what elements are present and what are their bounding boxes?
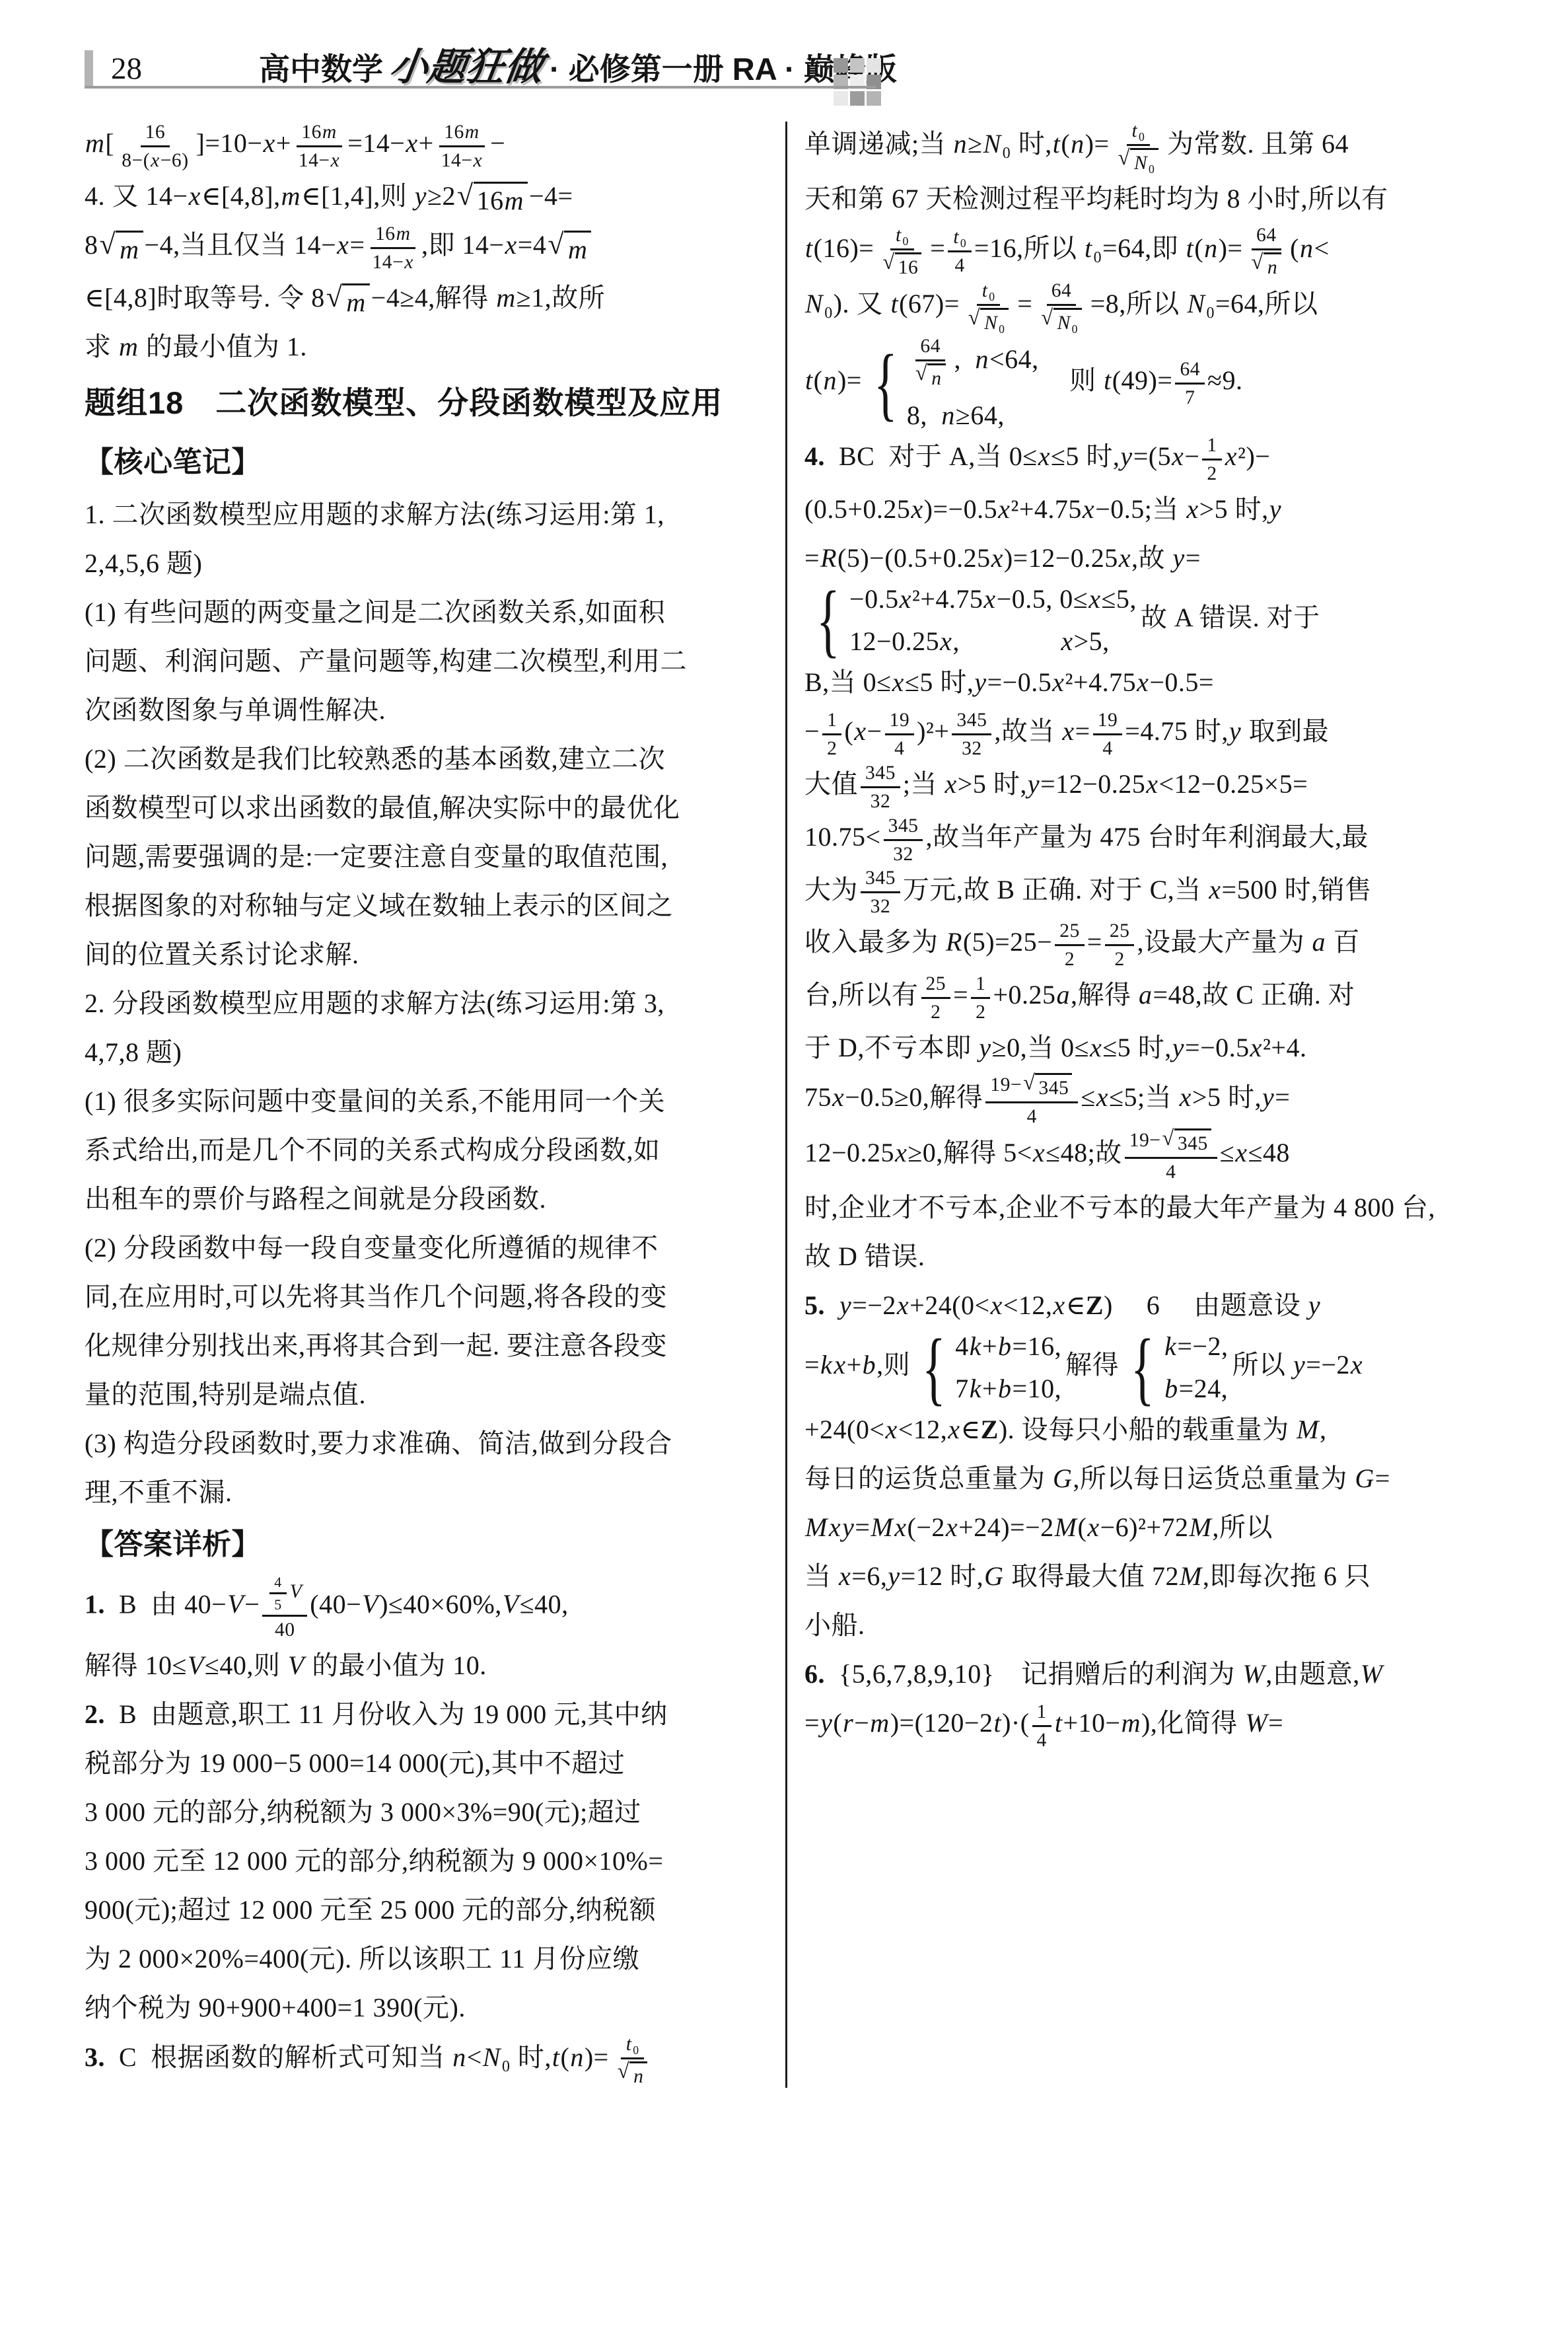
piecewise-row: −0.5x²+4.75x−0.5, 0≤x≤5, <box>849 583 1137 616</box>
radical-sign: √ <box>457 181 474 210</box>
text-line: 时,企业才不亏本,企业不亏本的最大年产量为 4 800 台, <box>804 1183 1515 1232</box>
numerator: 16 <box>141 120 170 147</box>
text-line: Mxy=Mx(−2x+24)=−2M(x−6)²+72M,所以 <box>804 1503 1515 1552</box>
piecewise-system: {64√n, n<64,8, n≥64, <box>866 334 1039 432</box>
text-line: (1) 很多实际问题中变量间的关系,不能用同一个关 <box>85 1077 767 1126</box>
text-line: (0.5+0.25x)=−0.5x²+4.75x−0.5;当 x>5 时,y <box>804 485 1515 534</box>
bold-text: 2. <box>85 1699 105 1729</box>
text-line: 单调递减;当 n≥N₀ 时,t(n)=t₀√N₀为常数. 且第 64 <box>804 119 1515 174</box>
text-line: 每日的运货总重量为 G,所以每日运货总重量为 G= <box>804 1454 1515 1503</box>
fraction: 252 <box>921 972 951 1023</box>
text-line: +24(0<x<12,x∈Z). 设每只小船的载重量为 M, <box>804 1405 1515 1454</box>
denominator: 32 <box>866 788 896 813</box>
piecewise-rows: k=−2,b=24, <box>1164 1330 1228 1405</box>
bold-text: 【核心笔记】 <box>85 446 261 478</box>
numerator: 1 <box>971 972 990 999</box>
denominator: 2 <box>1110 946 1129 971</box>
fraction: 45V40 <box>262 1572 307 1641</box>
bold-text: 4. <box>804 441 825 471</box>
numerator: 4 <box>269 1573 286 1594</box>
denominator: 2 <box>971 999 990 1023</box>
text-line: 理,不重不漏. <box>85 1468 767 1517</box>
fraction: 647 <box>1175 357 1205 409</box>
text-line: 次函数图象与单调性解决. <box>85 686 767 735</box>
radical: √16m <box>457 182 528 216</box>
denominator: √16 <box>876 250 927 279</box>
numerator: 16m <box>371 222 415 249</box>
denominator: 4 <box>1022 1103 1042 1128</box>
numerator: 25 <box>921 972 951 999</box>
text-line: t(n)={64√n, n<64,8, n≥64, 则 t(49)=647≈9. <box>804 334 1515 432</box>
bold-text: Z <box>1086 1290 1104 1320</box>
numerator: 45V <box>262 1572 307 1617</box>
text-line: (2) 二次函数是我们比较熟悉的基本函数,建立二次 <box>85 735 767 784</box>
numerator: 19−√345 <box>1125 1128 1217 1159</box>
decor-square <box>834 91 848 106</box>
radical: √n <box>915 363 946 390</box>
left-brace: { <box>816 585 840 655</box>
fraction: 45 <box>269 1573 286 1613</box>
text-line: 10.75<34532,故当年产量为 475 台时年利润最大,最 <box>804 813 1515 866</box>
text-line: 纳个税为 90+900+400=1 390(元). <box>85 1983 767 2032</box>
fraction: t₀√N₀ <box>962 279 1015 334</box>
radical: √n <box>1251 252 1281 279</box>
numerator: 345 <box>861 866 900 893</box>
text-line: B,当 0≤x≤5 时,y=−0.5x²+4.75x−0.5= <box>804 658 1515 707</box>
piecewise-row: 8, n≥64, <box>907 399 1039 432</box>
fraction: 34532 <box>952 708 991 760</box>
radical: √N₀ <box>1041 308 1081 334</box>
text-line: ∈[4,8]时取等号. 令 8√m−4≥4,解得 m≥1,故所 <box>85 274 767 322</box>
fraction: 64√N₀ <box>1035 279 1087 334</box>
text-line: 2,4,5,6 题) <box>85 539 767 588</box>
radical-sign: √ <box>100 230 116 259</box>
text-line: 于 D,不亏本即 y≥0,当 0≤x≤5 时,y=−0.5x²+4. <box>804 1023 1515 1072</box>
radicand: n <box>927 363 945 390</box>
denominator: 14−x <box>368 249 419 274</box>
piecewise-row: 4k+b=16, <box>955 1330 1061 1363</box>
fraction: 194 <box>885 708 915 760</box>
bold-text: 【答案详析】 <box>85 1528 261 1561</box>
book-title: 高中数学小题狂做· 必修第一册 RA · 巅峰版 <box>259 45 897 92</box>
radicand: 16 <box>895 252 922 279</box>
numerator: 64 <box>1252 223 1281 250</box>
text-line: (2) 分段函数中每一段自变量变化所遵循的规律不 <box>85 1224 767 1273</box>
numerator: 345 <box>952 708 991 735</box>
radical-sign: √ <box>618 2061 629 2083</box>
fraction: 252 <box>1105 919 1135 971</box>
bold-text: 1. <box>85 1589 105 1619</box>
text-line: =y(r−m)=(120−2t)·(14t+10−m),化简得 W= <box>804 1699 1515 1752</box>
denominator: 32 <box>866 893 896 918</box>
series-logo: 小题狂做 <box>386 45 546 90</box>
text-line: 6. {5,6,7,8,9,10} 记捐赠后的利润为 W,由题意,W <box>804 1650 1515 1699</box>
numerator: t₀ <box>977 279 1001 306</box>
numerator: 345 <box>884 814 923 841</box>
text-line: t(16)=t₀√16=t₀4=16,所以 t₀=64,即 t(n)=64√n(… <box>804 223 1515 279</box>
header-rule <box>85 86 876 89</box>
denominator: 5 <box>269 1594 286 1613</box>
denominator: √n <box>612 2059 654 2088</box>
text-line: 3. C 根据函数的解析式可知当 n<N₀ 时,t(n)=t₀√n <box>85 2032 767 2088</box>
text-line: 求 m 的最小值为 1. <box>85 322 767 371</box>
text-line: 900(元);超过 12 000 元至 25 000 元的部分,纳税额 <box>85 1886 767 1935</box>
numerator: t₀ <box>621 2032 645 2059</box>
text-line: −12(x−194)²+34532,故当 x=194=4.75 时,y 取到最 <box>804 707 1515 760</box>
radical: √m <box>326 283 370 318</box>
left-brace: { <box>874 349 898 418</box>
piecewise-row: 64√n, n<64, <box>907 334 1039 390</box>
text-line: 当 x=6,y=12 时,G 取得最大值 72M,即每次拖 6 只 <box>804 1552 1515 1601</box>
numerator: 25 <box>1105 919 1135 946</box>
fraction: 12 <box>1202 433 1221 485</box>
text-line: 收入最多为 R(5)=25−252=252,设最大产量为 a 百 <box>804 918 1515 971</box>
numerator: 64 <box>1175 357 1205 385</box>
denominator: 4 <box>1098 735 1117 760</box>
radical-sign: √ <box>1162 1128 1174 1150</box>
text-line: 台,所以有252=12+0.25a,解得 a=48,故 C 正确. 对 <box>804 971 1515 1023</box>
text-line: 3 000 元至 12 000 元的部分,纳税额为 9 000×10%= <box>85 1837 767 1886</box>
decor-square <box>850 58 865 73</box>
text-line: 故 D 错误. <box>804 1232 1515 1281</box>
text-line: 2. B 由题意,职工 11 月份收入为 19 000 元,其中纳 <box>85 1690 767 1739</box>
column-divider <box>785 122 787 2088</box>
text-line: 大为34532万元,故 B 正确. 对于 C,当 x=500 时,销售 <box>804 866 1515 918</box>
radical-sign: √ <box>326 283 343 312</box>
fraction: 194 <box>1093 708 1123 760</box>
radical: √N₀ <box>1118 148 1158 174</box>
radical-sign: √ <box>1251 252 1263 274</box>
text-line: 问题、利润问题、产量问题等,构建二次模型,利用二 <box>85 637 767 686</box>
piecewise-row: 12−0.25x, x>5, <box>849 625 1137 658</box>
text-line: 系式给出,而是几个不同的关系式构成分段函数,如 <box>85 1126 767 1175</box>
radical: √m <box>100 231 143 265</box>
denominator: 2 <box>926 999 945 1023</box>
denominator: √n <box>909 361 952 390</box>
text-line: 2. 分段函数模型应用题的求解方法(练习运用:第 3, <box>85 979 767 1028</box>
text-line: 根据图象的对称轴与定义域在数轴上表示的区间之 <box>85 881 767 930</box>
text-line: =kx+b,则{4k+b=16,7k+b=10,解得{k=−2,b=24,所以 … <box>804 1330 1515 1405</box>
radicand: 345 <box>1174 1128 1211 1155</box>
fraction: 34532 <box>861 761 900 813</box>
text-line: 大值34532;当 x>5 时,y=12−0.25x<12−0.25×5= <box>804 760 1515 813</box>
decor-square <box>834 58 848 73</box>
denominator: 2 <box>822 735 841 760</box>
numerator: 19 <box>885 708 915 735</box>
text-line: 12−0.25x≥0,解得 5<x≤48;故19−√3454≤x≤48 <box>804 1128 1515 1183</box>
numerator: 1 <box>1032 1700 1051 1727</box>
text-line: 1. 二次函数模型应用题的求解方法(练习运用:第 1, <box>85 490 767 539</box>
text-line: 75x−0.5≥0,解得19−√3454≤x≤5;当 x>5 时,y= <box>804 1072 1515 1128</box>
radical: √345 <box>1023 1073 1072 1099</box>
piecewise-system: {−0.5x²+4.75x−0.5, 0≤x≤5,12−0.25x, x>5, <box>808 583 1137 658</box>
numerator: 1 <box>822 708 841 735</box>
radicand: n <box>629 2061 647 2088</box>
radical: √m <box>548 231 591 265</box>
denominator: 4 <box>1032 1727 1051 1752</box>
numerator: 345 <box>861 761 900 788</box>
bold-text: 6. <box>804 1659 825 1689</box>
text-line: 4. BC 对于 A,当 0≤x≤5 时,y=(5x−12x²)− <box>804 432 1515 485</box>
radicand: N₀ <box>980 308 1009 334</box>
corner-squares-decoration <box>834 58 881 106</box>
numerator: 64 <box>915 334 945 361</box>
denominator: 32 <box>888 841 918 866</box>
numerator: 1 <box>1202 433 1221 461</box>
page-body: m[168−(x−6)]=10−x+16m14−x=14−x+16m14−x−4… <box>85 119 1515 2088</box>
text-line: {−0.5x²+4.75x−0.5, 0≤x≤5,12−0.25x, x>5,故… <box>804 583 1515 658</box>
numerator: t₀ <box>890 223 914 250</box>
left-brace: { <box>1131 1333 1155 1403</box>
text-line: 出租车的票价与路程之间就是分段函数. <box>85 1175 767 1224</box>
text-line: 量的范围,特别是端点值. <box>85 1370 767 1419</box>
fraction: t₀4 <box>948 225 972 277</box>
text-line: 天和第 67 天检测过程平均耗时均为 8 小时,所以有 <box>804 174 1515 223</box>
fraction: 19−√3454 <box>985 1072 1078 1128</box>
denominator: 8−(x−6) <box>117 147 193 172</box>
text-line: =R(5)−(0.5+0.25x)=12−0.25x,故 y= <box>804 534 1515 583</box>
bold-text: 5. <box>804 1290 825 1320</box>
fraction: 19−√3454 <box>1125 1128 1217 1183</box>
text-line: 问题,需要强调的是:一定要注意自变量的取值范围, <box>85 832 767 881</box>
fraction: t₀√16 <box>876 223 927 279</box>
text-line: 函数模型可以求出函数的最值,解决实际中的最优化 <box>85 784 767 832</box>
text-line: 税部分为 19 000−5 000=14 000(元),其中不超过 <box>85 1739 767 1788</box>
bold-text: 3. <box>85 2042 105 2072</box>
text-line: 间的位置关系讨论求解. <box>85 930 767 979</box>
bold-text: 题组18 二次函数模型、分段函数模型及应用 <box>85 385 723 420</box>
radical-sign: √ <box>882 252 894 274</box>
denominator: √N₀ <box>1035 306 1087 334</box>
fraction: 64√n <box>1245 223 1287 279</box>
section-label: 【核心笔记】 <box>85 435 767 490</box>
fraction: 34532 <box>884 814 923 866</box>
radical-sign: √ <box>1041 307 1053 329</box>
piecewise-row: 7k+b=10, <box>955 1372 1061 1405</box>
radical: √N₀ <box>968 308 1009 334</box>
title-prefix: 高中数学 <box>259 52 383 87</box>
piecewise-system: {k=−2,b=24, <box>1123 1330 1228 1405</box>
text-line: 同,在应用时,可以先将其当作几个问题,将各段的变 <box>85 1273 767 1321</box>
denominator: 32 <box>957 735 987 760</box>
radical-sign: √ <box>1118 147 1130 169</box>
radical-sign: √ <box>548 230 564 259</box>
fraction: 16m14−x <box>294 120 345 172</box>
book-page: 28 高中数学小题狂做· 必修第一册 RA · 巅峰版 m[168−(x−6)]… <box>0 0 1568 2325</box>
decor-square <box>867 91 881 106</box>
fraction: 12 <box>822 708 841 760</box>
denominator: 14−x <box>294 147 345 172</box>
piecewise-row: k=−2, <box>1164 1330 1228 1363</box>
numerator: t₀ <box>948 225 972 252</box>
right-column: 单调递减;当 n≥N₀ 时,t(n)=t₀√N₀为常数. 且第 64天和第 67… <box>804 119 1515 2088</box>
radicand: 16m <box>474 182 528 216</box>
fraction: 14 <box>1032 1700 1051 1752</box>
text-line: 解得 10≤V≤40,则 V 的最小值为 10. <box>85 1641 767 1690</box>
numerator: t₀ <box>1127 119 1151 146</box>
piecewise-row: b=24, <box>1164 1372 1228 1405</box>
piecewise-system: {4k+b=16,7k+b=10, <box>914 1330 1061 1405</box>
bold-text: Z <box>981 1415 999 1444</box>
radicand: N₀ <box>1130 148 1158 174</box>
text-line: 为 2 000×20%=400(元). 所以该职工 11 月份应缴 <box>85 1935 767 1983</box>
page-number: 28 <box>111 50 142 87</box>
numerator: 19−√345 <box>985 1072 1078 1103</box>
radical-sign: √ <box>1023 1072 1035 1094</box>
numerator: 16m <box>297 120 341 147</box>
denominator: 14−x <box>437 147 487 172</box>
text-line: (3) 构造分段函数时,要力求准确、简洁,做到分段合 <box>85 1419 767 1468</box>
numerator: 16m <box>439 120 484 147</box>
header-accent-bar <box>85 50 93 87</box>
text-line: 1. B 由 40−V−45V40(40−V)≤40×60%,V≤40, <box>85 1572 767 1641</box>
radical: √n <box>618 2061 648 2088</box>
fraction: 168−(x−6) <box>117 120 193 172</box>
text-line: (1) 有些问题的两变量之间是二次函数关系,如面积 <box>85 588 767 637</box>
radicand: 345 <box>1035 1073 1072 1099</box>
numerator: 64 <box>1047 279 1077 306</box>
fraction: t₀√n <box>612 2032 654 2088</box>
decor-square <box>850 91 865 106</box>
denominator: √N₀ <box>962 306 1015 334</box>
denominator: 2 <box>1202 461 1221 485</box>
numerator: 19 <box>1093 708 1123 735</box>
radical-sign: √ <box>968 307 980 329</box>
fraction: t₀√N₀ <box>1112 119 1164 174</box>
text-line: 化规律分别找出来,再将其合到一起. 要注意各段变 <box>85 1321 767 1370</box>
piecewise-rows: 64√n, n<64,8, n≥64, <box>907 334 1039 432</box>
radical: √16 <box>882 252 921 279</box>
group-heading: 题组18 二次函数模型、分段函数模型及应用 <box>85 371 767 435</box>
text-line: 4. 又 14−x∈[4,8],m∈[1,4],则 y≥2√16m−4= <box>85 172 767 221</box>
text-line: m[168−(x−6)]=10−x+16m14−x=14−x+16m14−x− <box>85 119 767 172</box>
text-line: N₀). 又 t(67)=t₀√N₀=64√N₀=8,所以 N₀=64,所以 <box>804 279 1515 334</box>
left-brace: { <box>922 1333 946 1403</box>
denominator: 4 <box>950 252 969 277</box>
radicand: m <box>116 231 143 265</box>
fraction: 34532 <box>861 866 900 918</box>
denominator: 4 <box>1161 1159 1180 1183</box>
fraction: 12 <box>971 972 990 1023</box>
radicand: N₀ <box>1053 308 1082 334</box>
denominator: 2 <box>1060 946 1079 971</box>
piecewise-rows: −0.5x²+4.75x−0.5, 0≤x≤5,12−0.25x, x>5, <box>849 583 1137 658</box>
denominator: 40 <box>270 1617 300 1641</box>
numerator: 25 <box>1055 919 1085 946</box>
fraction: 16m14−x <box>368 222 419 274</box>
fraction: 64√n <box>909 334 952 390</box>
text-line: 8√m−4,当且仅当 14−x=16m14−x,即 14−x=4√m <box>85 221 767 274</box>
section-label: 【答案详析】 <box>85 1517 767 1572</box>
denominator: √n <box>1245 250 1287 279</box>
denominator: √N₀ <box>1112 146 1164 174</box>
decor-square <box>867 58 881 73</box>
fraction: 252 <box>1055 919 1085 971</box>
denominator: 7 <box>1180 385 1199 409</box>
text-line: 小船. <box>804 1601 1515 1650</box>
text-line: 3 000 元的部分,纳税额为 3 000×3%=90(元);超过 <box>85 1788 767 1837</box>
radicand: m <box>342 283 369 318</box>
fraction: 16m14−x <box>437 120 487 172</box>
text-line: 4,7,8 题) <box>85 1028 767 1077</box>
radical-sign: √ <box>915 363 927 385</box>
radicand: n <box>1264 252 1281 279</box>
left-column: m[168−(x−6)]=10−x+16m14−x=14−x+16m14−x−4… <box>85 119 767 2088</box>
text-line: 5. y=−2x+24(0<x<12,x∈Z) 6 由题意设 y <box>804 1281 1515 1330</box>
radical: √345 <box>1162 1128 1211 1155</box>
denominator: 4 <box>890 735 909 760</box>
radicand: m <box>564 231 591 265</box>
piecewise-rows: 4k+b=16,7k+b=10, <box>955 1330 1061 1405</box>
